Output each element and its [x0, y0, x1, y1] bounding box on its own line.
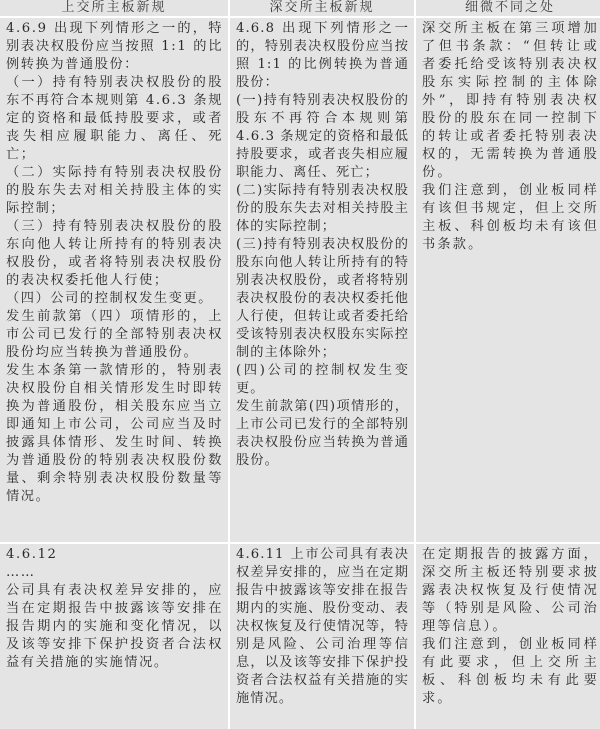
header-szse-main-board: 深交所主板新规	[230, 0, 414, 16]
paragraph: 我们注意到，创业板同样有该但书规定，但上交所主板、科创板均未有该但书条款。	[422, 182, 599, 254]
row1-sse-cell: 4.6.9 出现下列情形之一的，特别表决权股份应当按照 1:1 的比例转换为普通…	[0, 18, 228, 542]
paragraph: 4.6.8 出现下列情形之一的，特别表决权股份应当按照 1:1 的比例转换为普通…	[236, 20, 409, 92]
paragraph: 4.6.9 出现下列情形之一的，特别表决权股份应当按照 1:1 的比例转换为普通…	[6, 20, 223, 74]
paragraph: (二)实际持有特别表决权股份的股东失去对相关持股主体的实际控制；	[236, 182, 409, 236]
paragraph: （四）公司的控制权发生变更。	[6, 290, 223, 308]
rules-comparison-table: 上交所主板新规 深交所主板新规 细微不同之处 4.6.9 出现下列情形之一的，特…	[0, 0, 600, 729]
row2-diff-cell: 在定期报告的披露方面，深交所主板还特别要求披露表决权恢复及行使情况等（特别是风险…	[416, 544, 600, 729]
row1-szse-cell: 4.6.8 出现下列情形之一的，特别表决权股份应当按照 1:1 的比例转换为普通…	[230, 18, 414, 542]
paragraph: 深交所主板在第三项增加了但书条款：“但转让或者委托给受该特别表决权股东实际控制的…	[422, 20, 599, 182]
paragraph: 公司具有表决权差异安排的，应当在定期报告中披露该等安排在报告期内的实施和变化情况…	[6, 582, 223, 672]
paragraph: 发生前款第（四）项情形的，上市公司已发行的全部特别表决权股份均应当转换为普通股份…	[6, 308, 223, 362]
row1-diff-cell: 深交所主板在第三项增加了但书条款：“但转让或者委托给受该特别表决权股东实际控制的…	[416, 18, 600, 542]
row2-sse-cell: 4.6.12 …… 公司具有表决权差异安排的，应当在定期报告中披露该等安排在报告…	[0, 544, 228, 729]
paragraph: 4.6.12	[6, 546, 223, 564]
paragraph: (三)持有特别表决权股份的股东向他人转让所持有的特别表决权股份，或者将特别表决权…	[236, 236, 409, 362]
paragraph: 4.6.11 上市公司具有表决权差异安排的，应当在定期报告中披露该等安排在报告期…	[236, 546, 409, 708]
paragraph: （二）实际持有特别表决权股份的股东失去对相关持股主体的实际控制；	[6, 164, 223, 218]
paragraph: (一)持有特别表决权股份的股东不再符合本规则第 4.6.3 条规定的资格和最低持…	[236, 92, 409, 182]
row2-szse-cell: 4.6.11 上市公司具有表决权差异安排的，应当在定期报告中披露该等安排在报告期…	[230, 544, 414, 729]
paragraph: 发生前款第(四)项情形的，上市公司已发行的全部特别表决权股份应当转换为普通股份。	[236, 398, 409, 470]
paragraph: 发生本条第一款情形的，特别表决权股份自相关情形发生时即转换为普通股份，相关股东应…	[6, 362, 223, 506]
paragraph: （一）持有特别表决权股份的股东不再符合本规则第 4.6.3 条规定的资格和最低持…	[6, 74, 223, 164]
paragraph: 我们注意到，创业板同样有此要求，但上交所主板、科创板均未有此要求。	[422, 636, 599, 708]
paragraph: （三）持有特别表决权股份的股东向他人转让所持有的特别表决权股份，或者将特别表决权…	[6, 218, 223, 290]
paragraph: ……	[6, 564, 223, 582]
paragraph: (四)公司的控制权发生变更。	[236, 362, 409, 398]
header-sse-main-board: 上交所主板新规	[0, 0, 228, 16]
header-differences: 细微不同之处	[416, 0, 600, 16]
paragraph: 在定期报告的披露方面，深交所主板还特别要求披露表决权恢复及行使情况等（特别是风险…	[422, 546, 599, 636]
